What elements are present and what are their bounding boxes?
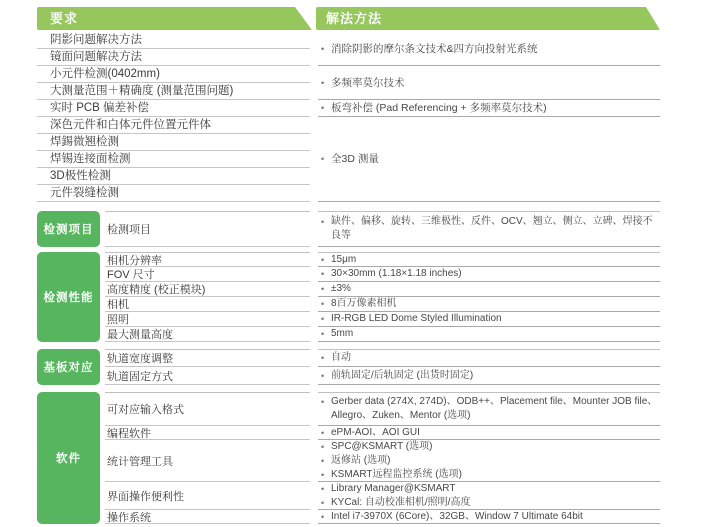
spec-row: 编程软件•ePM-AOI、AOI GUI bbox=[105, 426, 660, 440]
spec-values: •±3% bbox=[318, 282, 660, 297]
column-gap bbox=[310, 252, 318, 267]
requirement-row: 实时 PCB 偏差补偿 bbox=[37, 100, 310, 117]
spec-name: 轨道宽度调整 bbox=[105, 349, 310, 367]
spec-values: •30×30mm (1.18×1.18 inches) bbox=[318, 267, 660, 282]
spec-values: •5mm bbox=[318, 327, 660, 342]
spec-name: 相机 bbox=[105, 297, 310, 312]
spec-value-line: •返修站 (选项) bbox=[318, 454, 660, 468]
bullet-icon: • bbox=[321, 351, 324, 365]
spec-value-text: Library Manager@KSMART bbox=[331, 483, 455, 494]
spec-value-text: Intel i7-3970X (6Core)、32GB、Window 7 Ult… bbox=[331, 511, 583, 522]
section-inspection-performance: 检测性能相机分辨率•15μmFOV 尺寸•30×30mm (1.18×1.18 … bbox=[37, 252, 725, 342]
column-gap bbox=[310, 367, 318, 385]
bullet-icon: • bbox=[321, 42, 324, 56]
spec-value-text: 全3D 测量 bbox=[331, 153, 379, 165]
bullet-icon: • bbox=[321, 312, 324, 326]
spec-value-text: ePM-AOI、AOI GUI bbox=[331, 427, 420, 438]
spec-value-text: 15μm bbox=[331, 254, 356, 265]
spec-name: 轨道固定方式 bbox=[105, 367, 310, 385]
spec-values: •Intel i7-3970X (6Core)、32GB、Window 7 Ul… bbox=[318, 510, 660, 524]
requirement-label: 大测量范围＋精确度 (测量范围问题) bbox=[50, 85, 233, 97]
section-rows: 相机分辨率•15μmFOV 尺寸•30×30mm (1.18×1.18 inch… bbox=[105, 252, 660, 342]
requirement-label: 镜面问题解决方法 bbox=[50, 51, 142, 63]
spec-sections: 检测项目检测项目•缺件、偏移、旋转、三维极性、反件、OCV、翘立、侧立、立碑、焊… bbox=[37, 211, 725, 524]
spec-name-text: 检测项目 bbox=[107, 221, 151, 237]
solution-cell: •板弯补偿 (Pad Referencing + 多频率莫尔技术) bbox=[318, 100, 660, 117]
spec-row: 轨道固定方式•前轨固定/后轨固定 (出货时固定) bbox=[105, 367, 660, 385]
requirement-label: 焊锡连接面检测 bbox=[50, 153, 131, 165]
bullet-icon: • bbox=[321, 267, 324, 281]
spec-value-line: •Gerber data (274X, 274D)、ODB++、Placemen… bbox=[318, 395, 660, 423]
spec-row: 操作系统•Intel i7-3970X (6Core)、32GB、Window … bbox=[105, 510, 660, 524]
column-gap bbox=[310, 440, 318, 482]
requirement-row: 焊锡连接面检测 bbox=[37, 151, 310, 168]
solutions-column: •消除阴影的摩尔条文技术&四方向投射光系统•多频率莫尔技术•板弯补偿 (Pad … bbox=[318, 32, 660, 202]
requirement-row: 焊錫微翘检测 bbox=[37, 134, 310, 151]
spec-row: 照明•IR-RGB LED Dome Styled Illumination bbox=[105, 312, 660, 327]
bullet-icon: • bbox=[321, 468, 324, 482]
spec-value-text: 30×30mm (1.18×1.18 inches) bbox=[331, 268, 462, 279]
spec-name-text: 操作系统 bbox=[107, 509, 151, 525]
spec-name-text: 可对应输入格式 bbox=[107, 401, 184, 417]
section-rows: 可对应输入格式•Gerber data (274X, 274D)、ODB++、P… bbox=[105, 392, 660, 524]
spec-value-line: •±3% bbox=[318, 282, 660, 296]
spec-row: 高度精度 (校正模块)•±3% bbox=[105, 282, 660, 297]
spec-value-line: •消除阴影的摩尔条文技术&四方向投射光系统 bbox=[318, 42, 538, 56]
spec-row: 统计管理工具•SPC@KSMART (选项)•返修站 (选项)•KSMART远程… bbox=[105, 440, 660, 482]
spec-value-text: 5mm bbox=[331, 328, 353, 339]
spec-value-line: •ePM-AOI、AOI GUI bbox=[318, 426, 660, 440]
spec-row: 界面操作便利性•Library Manager@KSMART•KYCal: 自动… bbox=[105, 482, 660, 510]
bullet-icon: • bbox=[321, 152, 324, 166]
spec-values: •前轨固定/后轨固定 (出货时固定) bbox=[318, 367, 660, 385]
spec-name: 检测项目 bbox=[105, 211, 310, 247]
spec-value-line: •KYCal: 自动校准相机/照明/高度 bbox=[318, 496, 660, 510]
spec-value-text: 缺件、偏移、旋转、三维极性、反件、OCV、翘立、侧立、立碑、焊接不良等 bbox=[331, 216, 653, 241]
requirements-column: 阴影问题解决方法镜面问题解决方法小元件检测(0402mm)大测量范围＋精确度 (… bbox=[37, 32, 310, 202]
spec-value-line: •30×30mm (1.18×1.18 inches) bbox=[318, 267, 660, 281]
bullet-icon: • bbox=[321, 510, 324, 524]
bullet-icon: • bbox=[321, 482, 324, 496]
bullet-icon: • bbox=[321, 369, 324, 383]
spec-name-text: 相机 bbox=[107, 296, 129, 312]
column-gap bbox=[310, 327, 318, 342]
spec-name: 最大测量高度 bbox=[105, 327, 310, 342]
spec-value-text: 8百万像素相机 bbox=[331, 298, 397, 309]
section-inspection-items: 检测项目检测项目•缺件、偏移、旋转、三维极性、反件、OCV、翘立、侧立、立碑、焊… bbox=[37, 211, 725, 247]
spec-values: •SPC@KSMART (选项)•返修站 (选项)•KSMART远程监控系统 (… bbox=[318, 440, 660, 482]
requirement-label: 3D极性检测 bbox=[50, 170, 111, 182]
spec-values: •15μm bbox=[318, 252, 660, 267]
column-gap bbox=[310, 312, 318, 327]
spec-value-text: Gerber data (274X, 274D)、ODB++、Placement… bbox=[331, 396, 657, 421]
spec-value-text: 返修站 (选项) bbox=[331, 455, 390, 466]
spec-name-text: 高度精度 (校正模块) bbox=[107, 281, 205, 297]
spec-name: 编程软件 bbox=[105, 426, 310, 440]
column-gap bbox=[310, 297, 318, 312]
spec-name: 可对应输入格式 bbox=[105, 392, 310, 426]
spec-value-text: KYCal: 自动校准相机/照明/高度 bbox=[331, 497, 470, 508]
spec-name: 界面操作便利性 bbox=[105, 482, 310, 510]
spec-value-line: •Library Manager@KSMART bbox=[318, 482, 660, 496]
spec-values: •Library Manager@KSMART•KYCal: 自动校准相机/照明… bbox=[318, 482, 660, 510]
spec-value-text: SPC@KSMART (选项) bbox=[331, 441, 432, 452]
spec-row: FOV 尺寸•30×30mm (1.18×1.18 inches) bbox=[105, 267, 660, 282]
spec-values: •ePM-AOI、AOI GUI bbox=[318, 426, 660, 440]
bullet-icon: • bbox=[321, 215, 324, 229]
bullet-icon: • bbox=[321, 253, 324, 267]
requirement-label: 阴影问题解决方法 bbox=[50, 34, 142, 46]
spec-value-line: •缺件、偏移、旋转、三维极性、反件、OCV、翘立、侧立、立碑、焊接不良等 bbox=[318, 215, 660, 243]
bullet-icon: • bbox=[321, 76, 324, 90]
requirements-solutions-block: 阴影问题解决方法镜面问题解决方法小元件检测(0402mm)大测量范围＋精确度 (… bbox=[37, 32, 725, 202]
spec-name: 统计管理工具 bbox=[105, 440, 310, 482]
requirement-row: 小元件检测(0402mm) bbox=[37, 66, 310, 83]
spec-value-text: IR-RGB LED Dome Styled Illumination bbox=[331, 313, 502, 324]
spec-name: FOV 尺寸 bbox=[105, 267, 310, 282]
spec-value-line: •5mm bbox=[318, 327, 660, 341]
section-label: 软件 bbox=[37, 392, 100, 524]
bullet-icon: • bbox=[321, 440, 324, 454]
spec-value-text: KSMART远程监控系统 (选项) bbox=[331, 469, 462, 480]
spec-value-text: 自动 bbox=[331, 352, 351, 363]
spec-name-text: 界面操作便利性 bbox=[107, 488, 184, 504]
spec-value-line: •KSMART远程监控系统 (选项) bbox=[318, 468, 660, 482]
bullet-icon: • bbox=[321, 327, 324, 341]
spec-row: 轨道宽度调整•自动 bbox=[105, 349, 660, 367]
section-board-handling: 基板对应轨道宽度调整•自动轨道固定方式•前轨固定/后轨固定 (出货时固定) bbox=[37, 349, 725, 385]
spec-name-text: 编程软件 bbox=[107, 425, 151, 441]
bullet-icon: • bbox=[321, 395, 324, 409]
bullet-icon: • bbox=[321, 297, 324, 311]
bullet-icon: • bbox=[321, 426, 324, 440]
spec-name-text: 最大测量高度 bbox=[107, 326, 173, 342]
spec-value-text: 前轨固定/后轨固定 (出货时固定) bbox=[331, 370, 473, 381]
section-rows: 轨道宽度调整•自动轨道固定方式•前轨固定/后轨固定 (出货时固定) bbox=[105, 349, 660, 385]
bullet-icon: • bbox=[321, 496, 324, 510]
spec-value-line: •板弯补偿 (Pad Referencing + 多频率莫尔技术) bbox=[318, 101, 547, 115]
spec-name-text: FOV 尺寸 bbox=[107, 266, 155, 282]
requirement-label: 实时 PCB 偏差补偿 bbox=[50, 102, 149, 114]
column-gap bbox=[310, 349, 318, 367]
requirement-label: 深色元件和白体元件位置元件体 bbox=[50, 119, 211, 131]
section-label: 基板对应 bbox=[37, 349, 100, 385]
requirements-header-label: 要求 bbox=[50, 11, 78, 26]
requirement-row: 大测量范围＋精确度 (测量范围问题) bbox=[37, 83, 310, 100]
spec-value-line: •多频率莫尔技术 bbox=[318, 76, 405, 90]
solution-cell: •多频率莫尔技术 bbox=[318, 66, 660, 100]
spec-values: •缺件、偏移、旋转、三维极性、反件、OCV、翘立、侧立、立碑、焊接不良等 bbox=[318, 211, 660, 247]
spec-values: •8百万像素相机 bbox=[318, 297, 660, 312]
bullet-icon: • bbox=[321, 101, 324, 115]
bullet-icon: • bbox=[321, 454, 324, 468]
spec-row: 相机分辨率•15μm bbox=[105, 252, 660, 267]
column-gap bbox=[310, 267, 318, 282]
requirement-label: 焊錫微翘检测 bbox=[50, 136, 119, 148]
spec-value-line: •IR-RGB LED Dome Styled Illumination bbox=[318, 312, 660, 326]
spec-value-text: 多频率莫尔技术 bbox=[331, 77, 405, 89]
spec-name: 操作系统 bbox=[105, 510, 310, 524]
spec-name-text: 统计管理工具 bbox=[107, 453, 173, 469]
requirement-row: 阴影问题解决方法 bbox=[37, 32, 310, 49]
requirement-label: 小元件检测(0402mm) bbox=[50, 68, 160, 80]
spec-name-text: 照明 bbox=[107, 311, 129, 327]
spec-name-text: 轨道固定方式 bbox=[107, 368, 173, 384]
spec-value-line: •SPC@KSMART (选项) bbox=[318, 440, 660, 454]
spec-values: •Gerber data (274X, 274D)、ODB++、Placemen… bbox=[318, 392, 660, 426]
spec-values: •IR-RGB LED Dome Styled Illumination bbox=[318, 312, 660, 327]
solution-cell: •消除阴影的摩尔条文技术&四方向投射光系统 bbox=[318, 32, 660, 66]
column-gap bbox=[310, 426, 318, 440]
spec-name: 高度精度 (校正模块) bbox=[105, 282, 310, 297]
spec-value-text: 板弯补偿 (Pad Referencing + 多频率莫尔技术) bbox=[331, 102, 547, 114]
section-label: 检测性能 bbox=[37, 252, 100, 342]
spec-value-text: ±3% bbox=[331, 283, 351, 294]
header-row: 要求 解法方法 bbox=[37, 7, 725, 30]
column-gap bbox=[310, 282, 318, 297]
column-gap bbox=[310, 482, 318, 510]
spec-values: •自动 bbox=[318, 349, 660, 367]
spec-value-line: •15μm bbox=[318, 253, 660, 267]
column-gap bbox=[310, 211, 318, 247]
requirements-header: 要求 bbox=[37, 7, 312, 30]
section-software: 软件可对应输入格式•Gerber data (274X, 274D)、ODB++… bbox=[37, 392, 725, 524]
column-gap bbox=[310, 392, 318, 426]
spec-name-text: 轨道宽度调整 bbox=[107, 350, 173, 366]
requirement-row: 深色元件和白体元件位置元件体 bbox=[37, 117, 310, 134]
spec-value-text: 消除阴影的摩尔条文技术&四方向投射光系统 bbox=[331, 43, 538, 55]
spec-value-line: •全3D 测量 bbox=[318, 152, 379, 166]
spec-row: 可对应输入格式•Gerber data (274X, 274D)、ODB++、P… bbox=[105, 392, 660, 426]
spec-value-line: •前轨固定/后轨固定 (出货时固定) bbox=[318, 369, 660, 383]
spec-row: 相机•8百万像素相机 bbox=[105, 297, 660, 312]
requirement-row: 元件裂缝检测 bbox=[37, 185, 310, 202]
section-rows: 检测项目•缺件、偏移、旋转、三维极性、反件、OCV、翘立、侧立、立碑、焊接不良等 bbox=[105, 211, 660, 247]
spec-row: 检测项目•缺件、偏移、旋转、三维极性、反件、OCV、翘立、侧立、立碑、焊接不良等 bbox=[105, 211, 660, 247]
solutions-header: 解法方法 bbox=[316, 7, 660, 30]
column-gap bbox=[310, 510, 318, 524]
spec-value-line: •8百万像素相机 bbox=[318, 297, 660, 311]
requirement-label: 元件裂缝检测 bbox=[50, 187, 119, 199]
spec-name: 照明 bbox=[105, 312, 310, 327]
bullet-icon: • bbox=[321, 282, 324, 296]
spec-name: 相机分辨率 bbox=[105, 252, 310, 267]
spec-value-line: •Intel i7-3970X (6Core)、32GB、Window 7 Ul… bbox=[318, 510, 660, 524]
solution-cell: •全3D 测量 bbox=[318, 117, 660, 202]
section-label: 检测项目 bbox=[37, 211, 100, 247]
requirement-row: 镜面问题解决方法 bbox=[37, 49, 310, 66]
solutions-header-label: 解法方法 bbox=[326, 11, 382, 26]
spec-value-line: •自动 bbox=[318, 351, 660, 365]
spec-sheet: 要求 解法方法 阴影问题解决方法镜面问题解决方法小元件检测(0402mm)大测量… bbox=[0, 0, 725, 527]
requirement-row: 3D极性检测 bbox=[37, 168, 310, 185]
spec-row: 最大测量高度•5mm bbox=[105, 327, 660, 342]
